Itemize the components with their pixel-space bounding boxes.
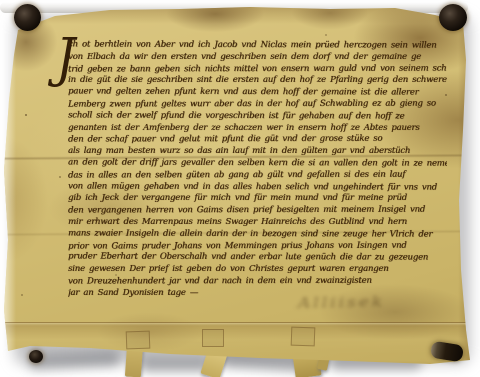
text-line: pauer vnd gelten zehen pfunt kern vnd au…	[68, 87, 447, 100]
text-line: in die güt die sie geschriben sint die e…	[68, 75, 447, 87]
text-line: das in alles an den selben güten ab gang…	[68, 169, 447, 182]
rod-end-cap-bottom-left	[29, 350, 43, 363]
text-line: den der schaf pauer vnd gelut mit pfunt …	[68, 134, 447, 147]
text-line: sine gewesen Der prief ist geben do von …	[68, 264, 447, 276]
text-line: genanten ist der Amfenberg der ze schacz…	[68, 123, 447, 135]
text-line: als lang man besten wurz so das ain lauf…	[68, 146, 447, 158]
text-line: scholl sich der zwelf pfund die vorgesch…	[68, 110, 447, 123]
endorsement-smudge: Alliisek	[298, 292, 468, 313]
tag-shadow	[140, 356, 210, 372]
text-line: ch ot berhtlein von Aber vnd ich Jacob v…	[68, 39, 447, 52]
text-line: trid geben ze bann geben sich nichts mit…	[68, 63, 447, 76]
text-line: von allen mügen gehaben vnd in das alles…	[68, 181, 447, 194]
text-line: den vergangenen herren von Gaims disen p…	[68, 205, 447, 218]
text-line: mans zwaier Insigeln die allein darin de…	[68, 228, 447, 241]
text-line: von Dreuzehenhundert jar vnd dar nach in…	[68, 275, 447, 288]
text-line: an den golt der driff jars gevaller den …	[68, 157, 447, 170]
rod-end-cap-top-right	[439, 4, 467, 31]
parchment-sheet: J ch ot berhtlein von Aber vnd ich Jacob…	[0, 0, 480, 377]
seal-slit	[126, 331, 151, 350]
seal-slit	[291, 327, 316, 347]
manuscript-photo: { "scene": { "description": "Photograph …	[0, 0, 480, 377]
text-line: mir erhwart des Marrenpaus meins Swager …	[68, 217, 447, 229]
text-line: Lemberg zwen pfunt geltes wurr aber das …	[68, 98, 447, 111]
seal-slit	[202, 329, 224, 347]
text-line: von Elbach da wir den ersten vnd geschri…	[68, 52, 447, 64]
manuscript-text-block: ch ot berhtlein von Aber vnd ich Jacob v…	[68, 40, 447, 300]
text-line: pruder Eberhart der Oberschalh vnd ander…	[68, 252, 447, 265]
rod-end-cap-top-left	[14, 4, 41, 31]
text-line: gib ich Jeck der vergangene für mich vnd…	[68, 193, 447, 205]
ink-specks	[25, 114, 27, 116]
